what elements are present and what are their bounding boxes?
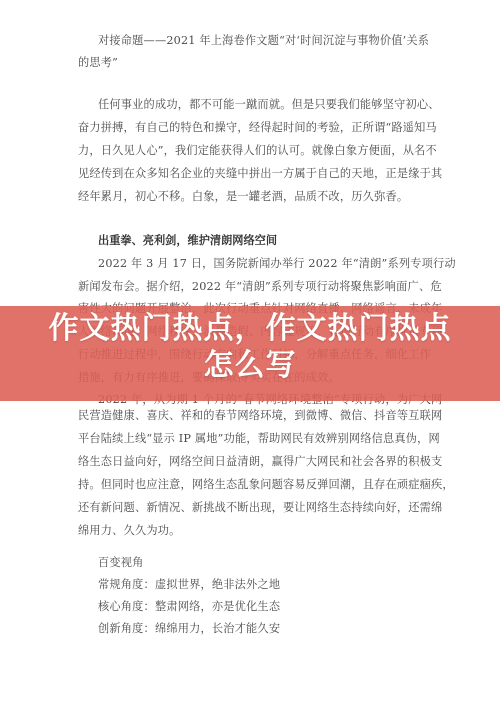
section-2-paragraph-b-line: 络生态日益向好，网络空间日益清朗，赢得广大网民和社会各界的积极支 — [78, 455, 442, 469]
section-2-paragraph-b-line: 还有新问题、新情况、新挑战不断出现，要让网络生态持续向好，还需绵 — [78, 501, 442, 515]
section-2-paragraph-b-line: 平台陆续上线“显示 IP 属地”功能，帮助网民有效辨别网络信息真伪，网 — [78, 432, 440, 446]
perspective-item: 创新角度：绵绵用力，长治才能久安 — [98, 622, 280, 636]
banner-title: 作文热门热点，作文热门热点 怎么写 — [0, 310, 500, 384]
paragraph-1-line: 经年累月，初心不移。白象，是一罐老酒，品质不改，历久弥香。 — [78, 190, 408, 204]
perspectives-title: 百变视角 — [98, 556, 144, 570]
section-2-paragraph-b-line: 绵用力、久久为功。 — [78, 524, 181, 538]
paragraph-1-line: 力，日久见人心”，我们定能获得人们的认可。就像白象方便面，从名不 — [78, 144, 437, 158]
intro-heading-line-1: 对接命题——2021 年上海卷作文题“对‘时间沉淀与事物价值’关系 — [98, 34, 429, 48]
banner-title-line-2: 怎么写 — [0, 347, 500, 384]
section-2-paragraph-a-line: 2022 年 3 月 17 日，国务院新闻办举行 2022 年“清朗”系列专项行… — [98, 257, 456, 271]
section-2-paragraph-a-line: 新闻发布会。据介绍，2022 年“清朗”系列专项行动将聚焦影响面广、危 — [78, 280, 442, 294]
paragraph-1-line: 奋力拼搏，有自己的特色和操守，经得起时间的考验，正所谓“路遥知马 — [78, 121, 437, 135]
section-2-paragraph-b-line: 持。但同时也应注意，网络生态乱象问题容易反弹回潮，且存在顽症痼疾， — [78, 478, 454, 492]
perspective-item: 核心角度：整肃网络，亦是优化生态 — [98, 600, 280, 614]
banner-title-line-1: 作文热门热点，作文热门热点 — [0, 310, 500, 347]
paragraph-1-line: 见经传到在众多知名企业的夹缝中拼出一方属于自己的天地，正是缘于其 — [78, 167, 442, 181]
section-2-title: 出重拳、亮利剑，维护清朗网络空间 — [98, 234, 277, 248]
perspective-item: 常规角度：虚拟世界，绝非法外之地 — [98, 578, 280, 592]
intro-heading-line-2: 的思考” — [78, 56, 118, 70]
section-2-paragraph-b-line: 民营造健康、喜庆、祥和的春节网络环境，到微博、微信、抖音等互联网 — [78, 409, 442, 423]
paragraph-1-line: 任何事业的成功，都不可能一蹴而就。但是只要我们能够坚守初心、 — [98, 98, 440, 112]
